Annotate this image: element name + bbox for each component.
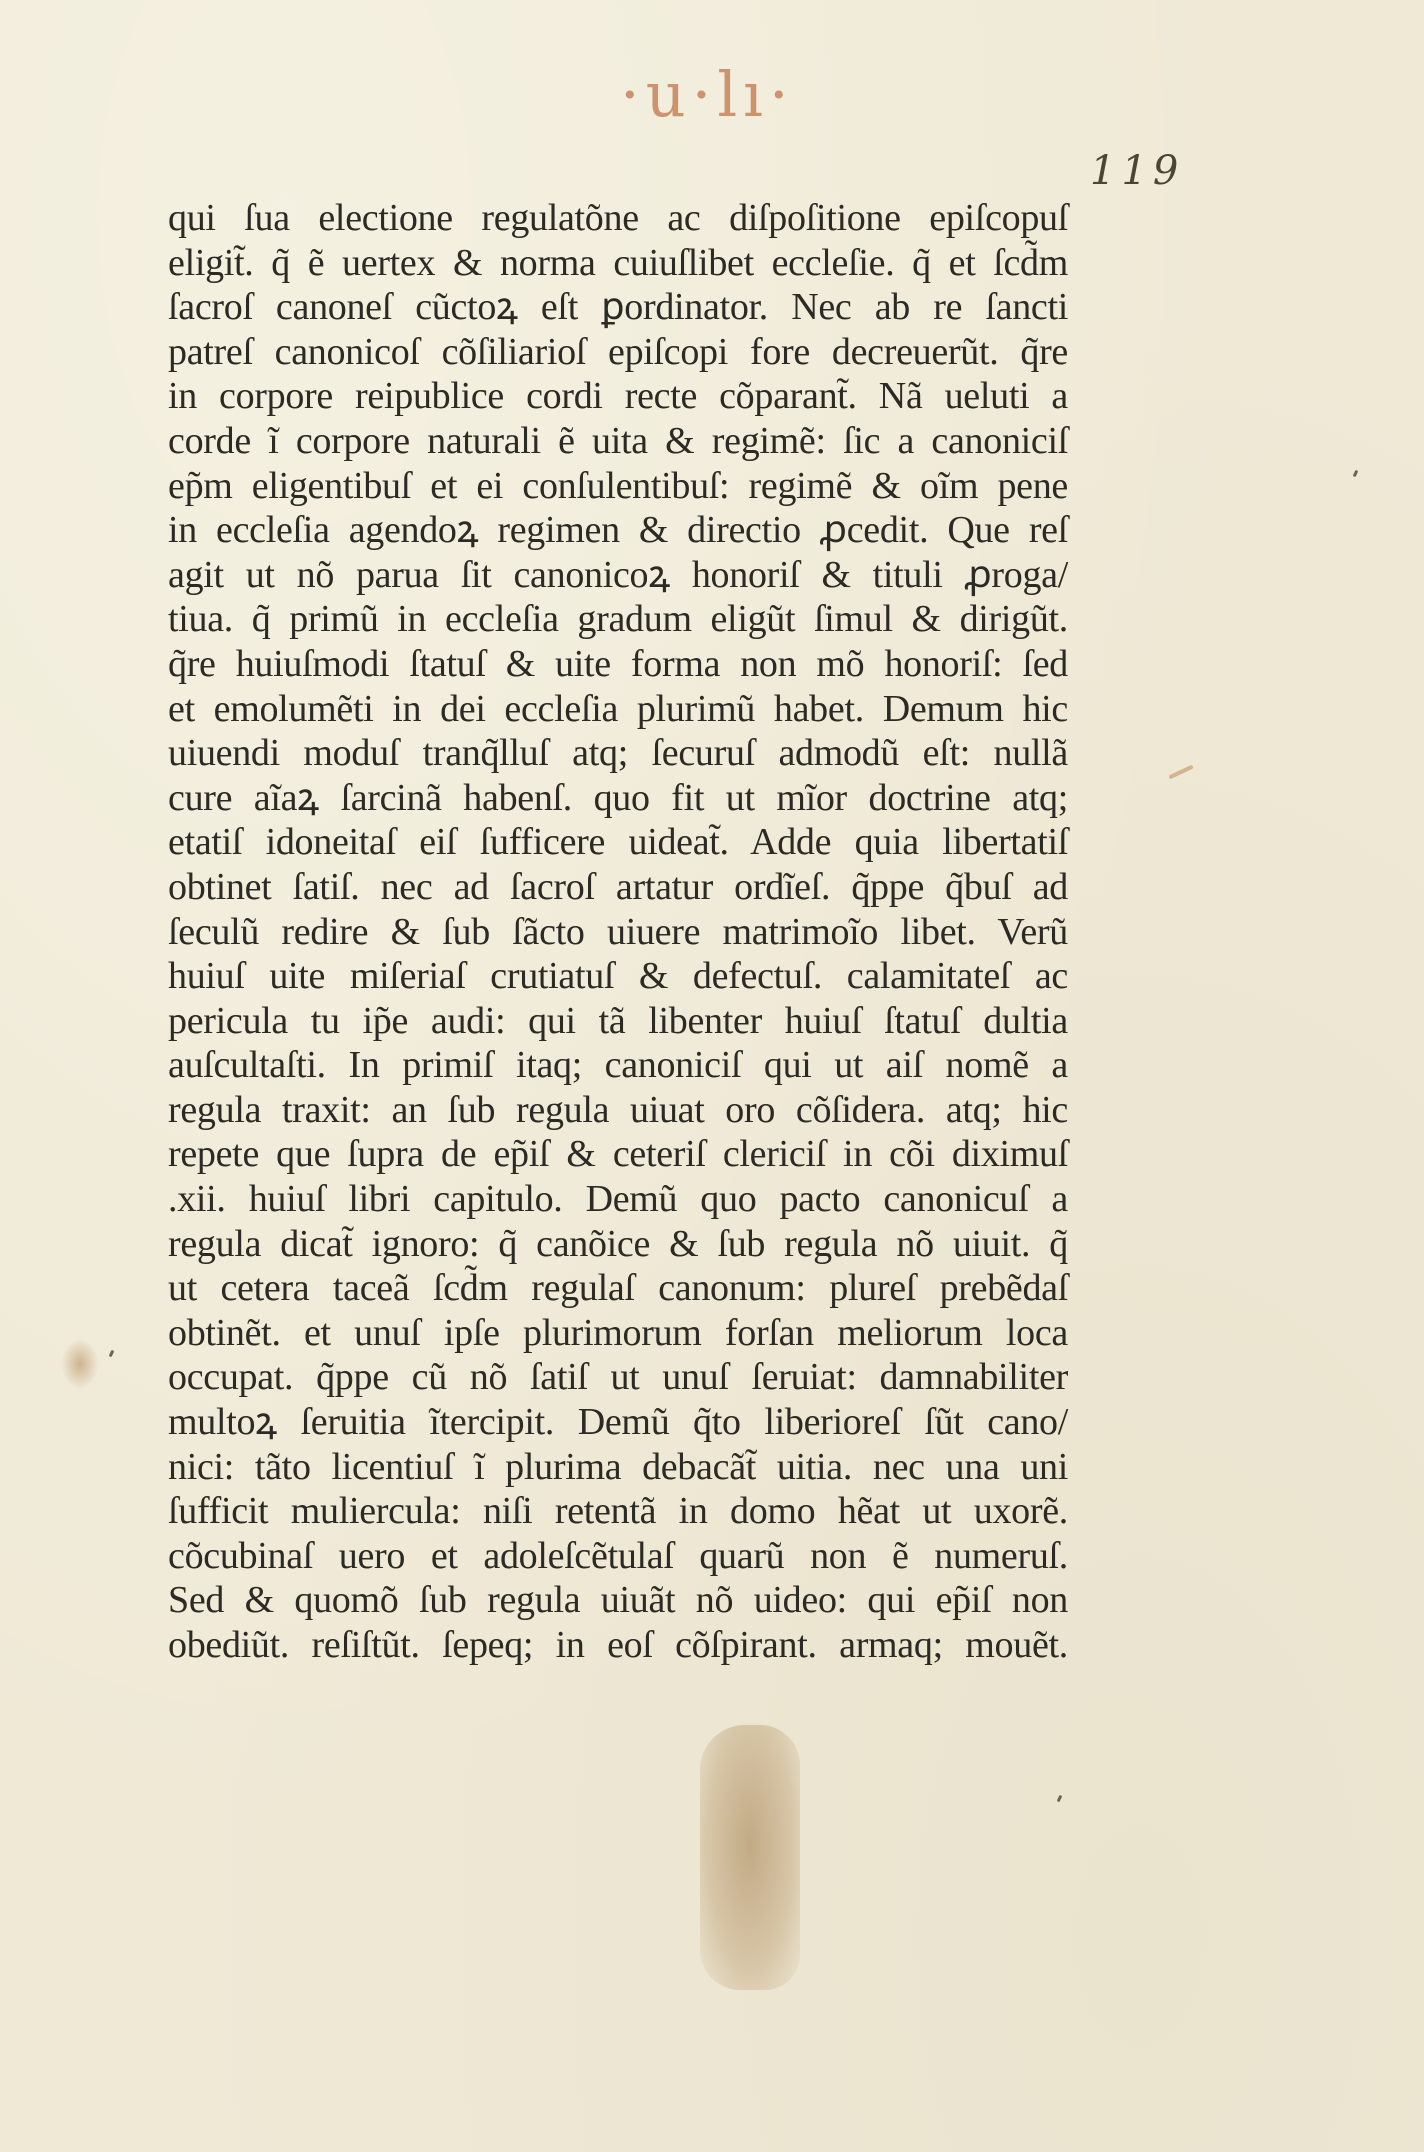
text-line: multoꝝ ſeruitia ĩtercipit. Demũ q̃to lib…: [168, 1400, 1068, 1445]
signature-mark: ·u·lı·: [620, 58, 795, 131]
text-line: tiua. q̃ primũ in eccleſia gradum eligũt…: [168, 597, 1068, 642]
text-line: eligit̃. q̃ ẽ uertex & norma cuiuſlibet …: [168, 241, 1068, 286]
text-line: uiuendi moduſ tranq̃lluſ atq; ſecuruſ ad…: [168, 731, 1068, 776]
text-line: repete que ſupra de ep̃iſ & ceteriſ cler…: [168, 1132, 1068, 1177]
water-stain: [700, 1725, 800, 1990]
text-line: cõcubinaſ uero et adoleſcẽtulaſ quarũ no…: [168, 1534, 1068, 1579]
text-line: ut cetera taceã ſcd̃m regulaſ canonum: p…: [168, 1266, 1068, 1311]
text-line: agit ut nõ parua ſit canonicoꝝ honoriſ &…: [168, 553, 1068, 598]
text-line: regula traxit: an ſub regula uiuat oro c…: [168, 1088, 1068, 1133]
margin-stain: [62, 1340, 98, 1388]
margin-speck: [1057, 1795, 1063, 1803]
text-line: obediũt. reſiſtũt. ſepeq; in eoſ cõſpira…: [168, 1623, 1068, 1668]
text-line: qui ſua electione regulatõne ac diſpoſit…: [168, 196, 1068, 241]
text-line: cure aĩaꝝ ſarcinã habenſ. quo fit ut mĩo…: [168, 776, 1068, 821]
text-line: ſacroſ canoneſ cũctoꝝ eſt ꝑordinator. Ne…: [168, 285, 1068, 330]
book-page: ·u·lı· 119 qui ſua electione regulatõne …: [0, 0, 1424, 2152]
text-line: in corpore reipublice cordi recte cõpara…: [168, 374, 1068, 419]
folio-number: 119: [1090, 148, 1184, 194]
text-line: corde ĩ corpore naturali ẽ uita & regimẽ…: [168, 419, 1068, 464]
text-line: patreſ canonicoſ cõſiliarioſ epiſcopi fo…: [168, 330, 1068, 375]
text-line: et emolumẽti in dei eccleſia plurimũ hab…: [168, 687, 1068, 732]
text-line: etatiſ idoneitaſ eiſ ſufficere uideat̃. …: [168, 820, 1068, 865]
text-line: huiuſ uite miſeriaſ crutiatuſ & defectuſ…: [168, 954, 1068, 999]
text-line: obtinet ſatiſ. nec ad ſacroſ artatur ord…: [168, 865, 1068, 910]
text-line: ſeculũ redire & ſub ſãcto uiuere matrimo…: [168, 910, 1068, 955]
margin-speck: [1353, 470, 1359, 478]
text-line: Sed & quomõ ſub regula uiuãt nõ uideo: q…: [168, 1578, 1068, 1623]
text-line: nici: tãto licentiuſ ĩ plurima debacãt̃ …: [168, 1445, 1068, 1490]
margin-speck: [109, 1350, 115, 1358]
text-line: .xii. huiuſ libri capitulo. Demũ quo pac…: [168, 1177, 1068, 1222]
margin-mark: [1168, 765, 1193, 780]
text-line: occupat. q̃ppe cũ nõ ſatiſ ut unuſ ſerui…: [168, 1355, 1068, 1400]
text-line: regula dicat̃ ignoro: q̃ canõice & ſub r…: [168, 1222, 1068, 1267]
text-line: obtinẽt. et unuſ ipſe plurimorum forſan …: [168, 1311, 1068, 1356]
text-line: pericula tu ip̃e audi: qui tã libenter h…: [168, 999, 1068, 1044]
body-text: qui ſua electione regulatõne ac diſpoſit…: [168, 196, 1068, 1668]
text-line: q̃re huiuſmodi ſtatuſ & uite forma non m…: [168, 642, 1068, 687]
text-line: ep̃m eligentibuſ et ei conſulentibuſ: re…: [168, 464, 1068, 509]
text-line: in eccleſia agendoꝝ regimen & directio ꝓ…: [168, 508, 1068, 553]
text-line: ſufficit muliercula: niſi retentã in dom…: [168, 1489, 1068, 1534]
text-line: auſcultaſti. In primiſ itaq; canoniciſ q…: [168, 1043, 1068, 1088]
